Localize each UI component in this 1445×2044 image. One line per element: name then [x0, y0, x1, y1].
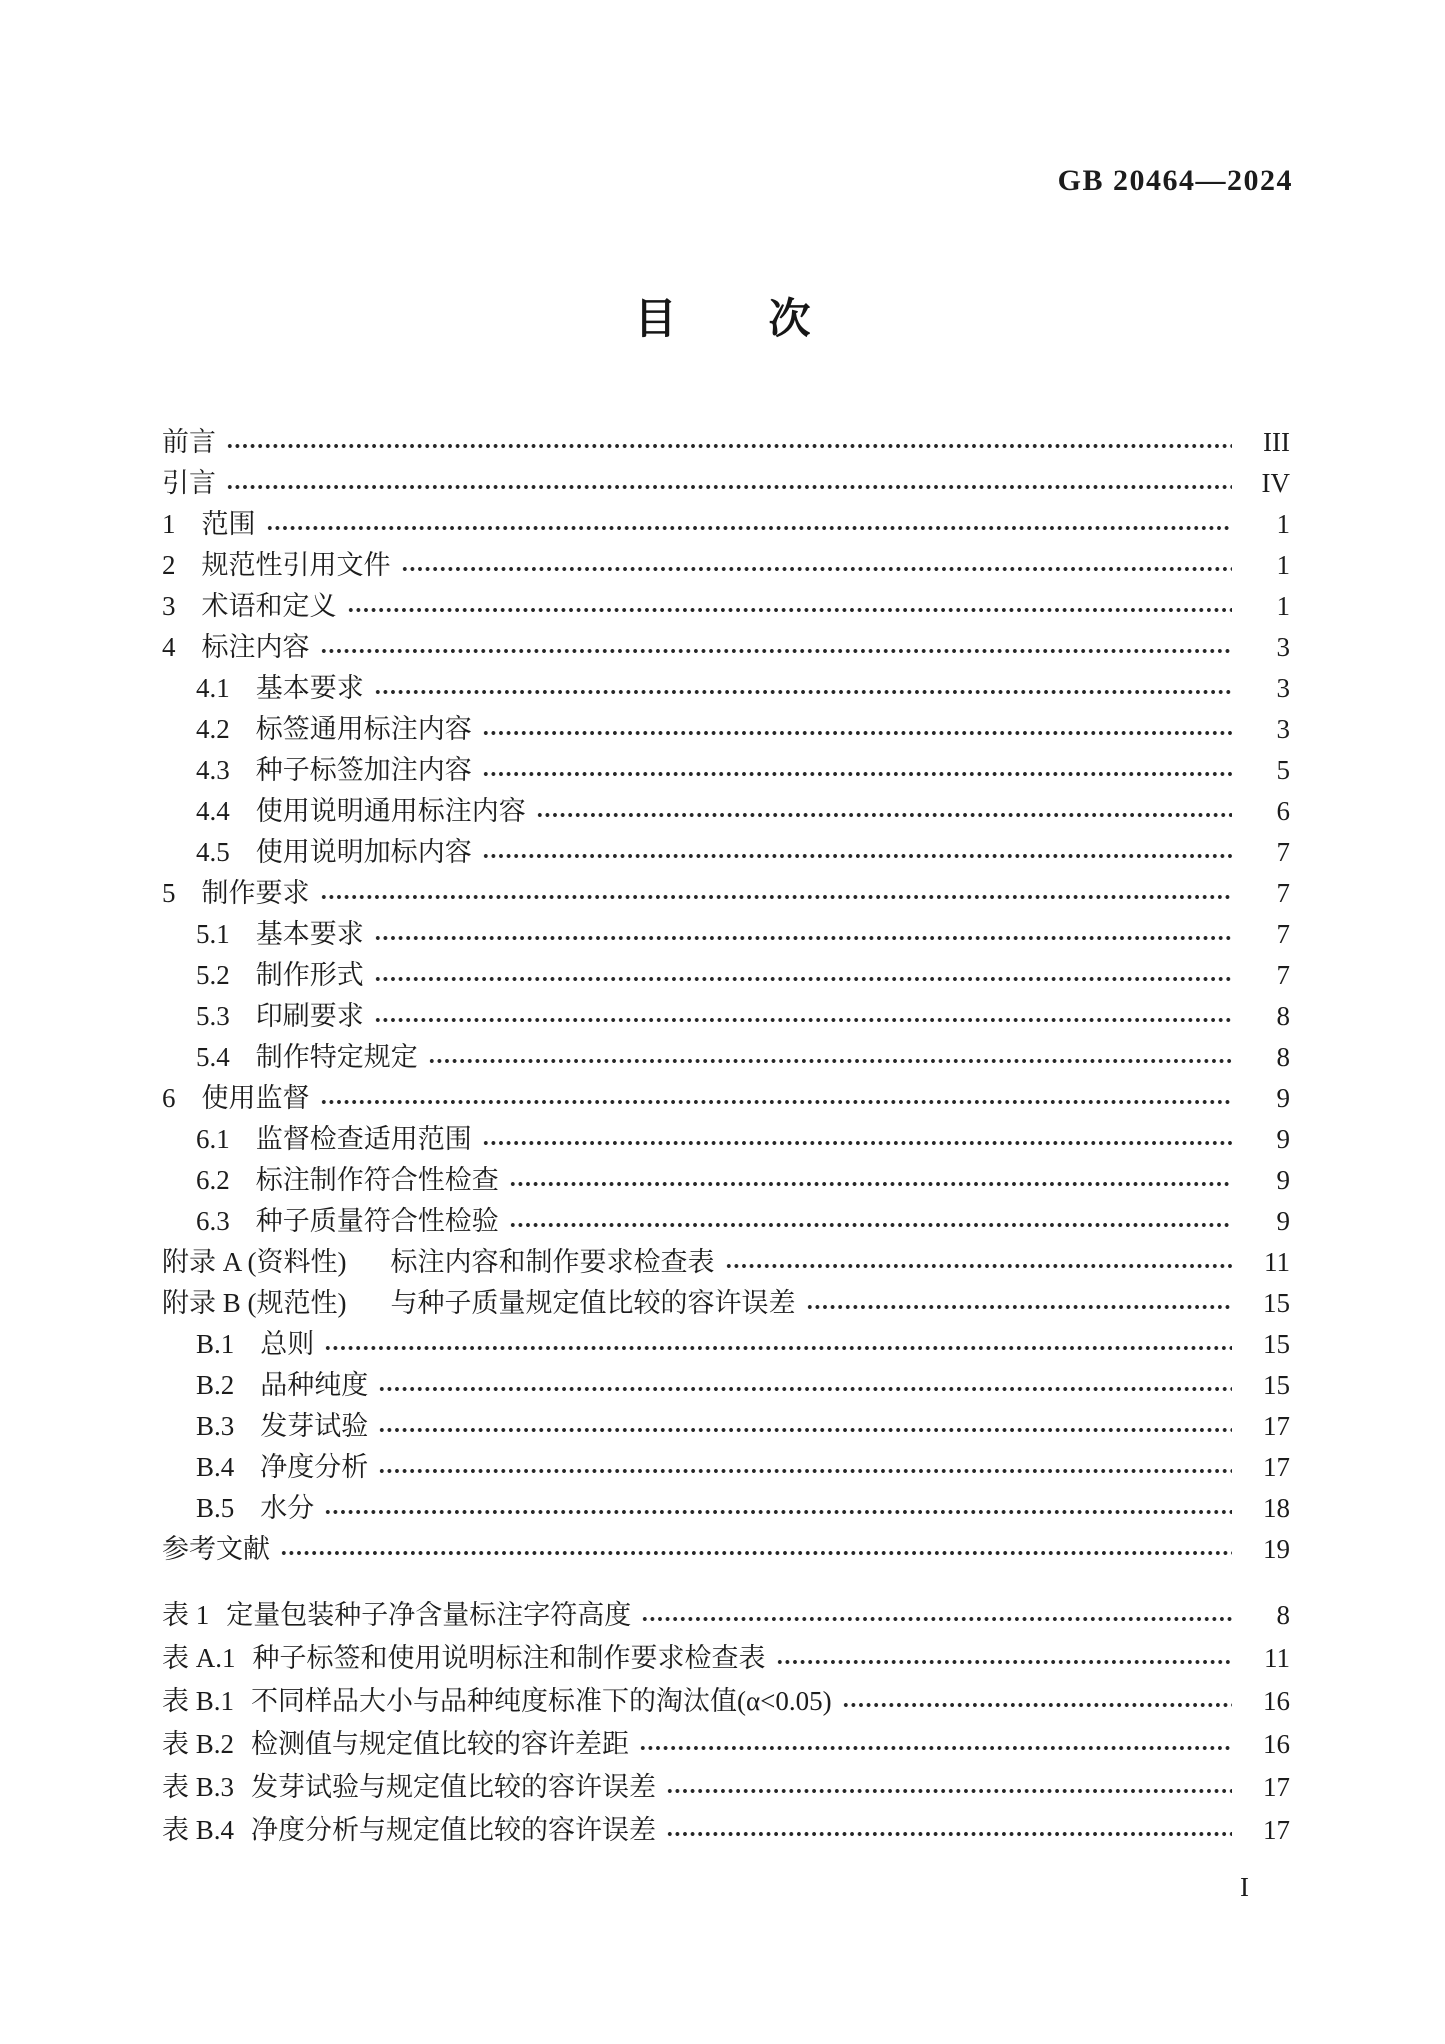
toc-entry-title: 发芽试验与规定值比较的容许误差	[251, 1774, 656, 1801]
toc-entry-page: 8	[1244, 1602, 1290, 1629]
toc-entry-title: 使用监督	[202, 1085, 310, 1112]
toc-entry-title: 使用说明加标内容	[256, 839, 472, 866]
toc-entry-page: 8	[1244, 1044, 1290, 1071]
dot-leader	[641, 1614, 1232, 1624]
toc-entry: 5.1基本要求7	[162, 914, 1290, 955]
toc-table-entry: 表 1定量包装种子净含量标注字符高度8	[162, 1594, 1290, 1637]
toc-entry: 5.2制作形式7	[162, 955, 1290, 996]
toc-entry-page: 17	[1244, 1413, 1290, 1440]
toc-entry-number: B.3	[196, 1413, 234, 1440]
dot-leader	[347, 605, 1233, 615]
document-page: GB 20464—2024 目次 前言III引言IV1范围12规范性引用文件13…	[0, 0, 1445, 2044]
toc-entry: 引言IV	[162, 463, 1290, 504]
toc-entry-page: 15	[1244, 1372, 1290, 1399]
dot-leader	[482, 769, 1232, 779]
dot-leader	[482, 728, 1232, 738]
toc-entry-page: 3	[1244, 716, 1290, 743]
toc-entry-title: 监督检查适用范围	[256, 1126, 472, 1153]
toc-entry-number: 4.5	[196, 839, 230, 866]
toc-entry: 6.1监督检查适用范围9	[162, 1119, 1290, 1160]
toc-entry: 4.5使用说明加标内容7	[162, 832, 1290, 873]
toc-entry: 5.4制作特定规定8	[162, 1037, 1290, 1078]
dot-leader	[776, 1657, 1233, 1667]
toc-entry-page: 9	[1244, 1126, 1290, 1153]
toc-entry-page: 17	[1244, 1774, 1290, 1801]
dot-leader	[324, 1343, 1232, 1353]
toc-entry-title: 净度分析	[260, 1454, 368, 1481]
toc-entry-page: 19	[1244, 1536, 1290, 1563]
toc-entry-number: 4.2	[196, 716, 230, 743]
toc-entry-number: 4	[162, 634, 176, 661]
page-title-char-2: 次	[769, 295, 811, 342]
toc-entry-title: 发芽试验	[260, 1413, 368, 1440]
dot-leader	[482, 1138, 1232, 1148]
toc-entry-title: 制作特定规定	[256, 1044, 418, 1071]
dot-leader	[536, 810, 1232, 820]
toc-entry-page: 18	[1244, 1495, 1290, 1522]
toc-entry-number: 附录 B (规范性)	[162, 1290, 347, 1317]
toc-entry-number: 5.1	[196, 921, 230, 948]
standard-number: GB 20464—2024	[1058, 164, 1293, 198]
toc-entry-page: 9	[1244, 1085, 1290, 1112]
toc-entry: 前言III	[162, 422, 1290, 463]
page-title: 目次	[0, 286, 1445, 346]
toc-entry: B.4净度分析17	[162, 1447, 1290, 1488]
toc-entry-title: 基本要求	[256, 921, 364, 948]
toc-entry-page: 5	[1244, 757, 1290, 784]
toc-entry-number: 附录 A (资料性)	[162, 1249, 347, 1276]
toc-entry-number: 3	[162, 593, 176, 620]
dot-leader	[666, 1829, 1232, 1839]
toc-entry-title: 范围	[202, 511, 256, 538]
dot-leader	[509, 1179, 1232, 1189]
toc-entry-number: 2	[162, 552, 176, 579]
toc-entry: 4标注内容3	[162, 627, 1290, 668]
toc-entry-page: 17	[1244, 1454, 1290, 1481]
toc-entry-number: 表 B.2	[162, 1731, 234, 1758]
toc-entry: 4.1基本要求3	[162, 668, 1290, 709]
toc-table-entry: 表 B.3发芽试验与规定值比较的容许误差17	[162, 1766, 1290, 1809]
toc-entry-title: 基本要求	[256, 675, 364, 702]
dot-leader	[374, 933, 1232, 943]
dot-leader	[639, 1743, 1232, 1753]
toc-entry-number: 5	[162, 880, 176, 907]
dot-leader	[401, 564, 1233, 574]
toc-entry-title: 标注内容	[202, 634, 310, 661]
toc-entry-page: 7	[1244, 921, 1290, 948]
dot-leader	[666, 1786, 1232, 1796]
toc-entry-title: 前言	[162, 429, 216, 456]
dot-leader	[725, 1261, 1233, 1271]
toc-entry: B.5水分18	[162, 1488, 1290, 1529]
toc-entry-title: 参考文献	[162, 1536, 270, 1563]
toc-entry-number: 表 A.1	[162, 1645, 236, 1672]
toc-entry-title: 检测值与规定值比较的容许差距	[251, 1731, 629, 1758]
dot-leader	[378, 1384, 1232, 1394]
toc-entry-number: B.5	[196, 1495, 234, 1522]
toc-entry-title: 品种纯度	[260, 1372, 368, 1399]
toc-entry-number: 1	[162, 511, 176, 538]
toc-entry-page: 16	[1244, 1688, 1290, 1715]
dot-leader	[324, 1507, 1232, 1517]
dot-leader	[280, 1548, 1232, 1558]
dot-leader	[374, 1015, 1232, 1025]
toc-entry-title: 定量包装种子净含量标注字符高度	[226, 1602, 631, 1629]
toc-entry-number: 5.3	[196, 1003, 230, 1030]
dot-leader	[320, 892, 1233, 902]
toc-entry-title: 种子标签加注内容	[256, 757, 472, 784]
toc-entry: 5制作要求7	[162, 873, 1290, 914]
toc-table-entry: 表 B.2检测值与规定值比较的容许差距16	[162, 1723, 1290, 1766]
toc-table-entry: 表 B.1不同样品大小与品种纯度标准下的淘汰值(α<0.05)16	[162, 1680, 1290, 1723]
toc-entry-page: 17	[1244, 1817, 1290, 1844]
toc-entry-number: 表 B.4	[162, 1817, 234, 1844]
toc-entry: 6.3种子质量符合性检验9	[162, 1201, 1290, 1242]
toc-entry-number: 5.2	[196, 962, 230, 989]
toc-entry-number: B.2	[196, 1372, 234, 1399]
toc-list: 前言III引言IV1范围12规范性引用文件13术语和定义14标注内容34.1基本…	[162, 422, 1290, 1570]
toc-entry: 附录 A (资料性)标注内容和制作要求检查表11	[162, 1242, 1290, 1283]
toc-entry: 参考文献19	[162, 1529, 1290, 1570]
toc-entry-title: 种子质量符合性检验	[256, 1208, 499, 1235]
toc-entry-number: B.4	[196, 1454, 234, 1481]
toc-entry: 附录 B (规范性)与种子质量规定值比较的容许误差15	[162, 1283, 1290, 1324]
toc-entry: B.1总则15	[162, 1324, 1290, 1365]
toc-entry-page: 16	[1244, 1731, 1290, 1758]
toc-entry-title: 标注内容和制作要求检查表	[391, 1249, 715, 1276]
toc-table-entry: 表 A.1种子标签和使用说明标注和制作要求检查表11	[162, 1637, 1290, 1680]
toc-entry-page: 9	[1244, 1208, 1290, 1235]
page-title-char-1: 目	[634, 295, 676, 342]
toc-entry-title: 规范性引用文件	[202, 552, 391, 579]
dot-leader	[320, 1097, 1233, 1107]
toc-entry: B.2品种纯度15	[162, 1365, 1290, 1406]
toc-entry: 2规范性引用文件1	[162, 545, 1290, 586]
toc-entry: 6.2标注制作符合性检查9	[162, 1160, 1290, 1201]
toc-entry-number: 6	[162, 1085, 176, 1112]
toc-entry: 1范围1	[162, 504, 1290, 545]
toc-entry-title: 制作要求	[202, 880, 310, 907]
toc-entry-number: B.1	[196, 1331, 234, 1358]
toc-entry-number: 4.1	[196, 675, 230, 702]
toc-entry-number: 表 B.1	[162, 1688, 234, 1715]
toc-entry-title: 水分	[260, 1495, 314, 1522]
toc-entry-page: 1	[1244, 511, 1290, 538]
dot-leader	[378, 1466, 1232, 1476]
toc-entry-title: 标注制作符合性检查	[256, 1167, 499, 1194]
toc-entry-page: 8	[1244, 1003, 1290, 1030]
toc-entry-number: 4.3	[196, 757, 230, 784]
toc-entry-page: 11	[1244, 1645, 1290, 1672]
toc-entry-page: 11	[1244, 1249, 1290, 1276]
dot-leader	[509, 1220, 1232, 1230]
toc-entry: 4.2标签通用标注内容3	[162, 709, 1290, 750]
toc-entry-page: 1	[1244, 552, 1290, 579]
toc-entry: 6使用监督9	[162, 1078, 1290, 1119]
dot-leader	[226, 482, 1232, 492]
dot-leader	[378, 1425, 1232, 1435]
toc-entry-title: 不同样品大小与品种纯度标准下的淘汰值(α<0.05)	[251, 1688, 832, 1715]
toc-entry-page: 7	[1244, 839, 1290, 866]
toc-entry-page: 7	[1244, 962, 1290, 989]
toc-entry-page: 3	[1244, 675, 1290, 702]
dot-leader	[374, 974, 1232, 984]
toc-entry-title: 种子标签和使用说明标注和制作要求检查表	[253, 1645, 766, 1672]
toc-entry-number: 6.2	[196, 1167, 230, 1194]
dot-leader	[374, 687, 1232, 697]
toc-table-entry: 表 B.4净度分析与规定值比较的容许误差17	[162, 1809, 1290, 1852]
dot-leader	[806, 1302, 1233, 1312]
toc-entry: 5.3印刷要求8	[162, 996, 1290, 1037]
toc-entry-page: 3	[1244, 634, 1290, 661]
toc-entry-title: 与种子质量规定值比较的容许误差	[391, 1290, 796, 1317]
dot-leader	[226, 441, 1232, 451]
toc-entry-number: 6.1	[196, 1126, 230, 1153]
toc-entry-title: 印刷要求	[256, 1003, 364, 1030]
toc-entry: B.3发芽试验17	[162, 1406, 1290, 1447]
toc-entry-page: 6	[1244, 798, 1290, 825]
toc-entry-page: 15	[1244, 1331, 1290, 1358]
toc-entry-title: 引言	[162, 470, 216, 497]
dot-leader	[320, 646, 1233, 656]
toc-entry-page: IV	[1244, 470, 1290, 497]
toc-entry-page: 1	[1244, 593, 1290, 620]
toc-entry-number: 6.3	[196, 1208, 230, 1235]
toc-entry-page: 9	[1244, 1167, 1290, 1194]
toc-entry-title: 制作形式	[256, 962, 364, 989]
toc-entry-title: 净度分析与规定值比较的容许误差	[251, 1817, 656, 1844]
toc-entry-title: 总则	[260, 1331, 314, 1358]
toc-entry-title: 术语和定义	[202, 593, 337, 620]
toc-entry-number: 5.4	[196, 1044, 230, 1071]
toc-tables-list: 表 1定量包装种子净含量标注字符高度8表 A.1种子标签和使用说明标注和制作要求…	[162, 1594, 1290, 1852]
toc-entry-page: 7	[1244, 880, 1290, 907]
toc-entry-number: 表 1	[162, 1602, 209, 1629]
toc-entry: 3术语和定义1	[162, 586, 1290, 627]
toc-entry: 4.3种子标签加注内容5	[162, 750, 1290, 791]
page-folio-number: I	[1240, 1872, 1249, 1903]
toc-entry-number: 4.4	[196, 798, 230, 825]
dot-leader	[482, 851, 1232, 861]
dot-leader	[266, 523, 1233, 533]
toc-entry-page: III	[1244, 429, 1290, 456]
dot-leader	[842, 1700, 1232, 1710]
toc-entry: 4.4使用说明通用标注内容6	[162, 791, 1290, 832]
toc-entry-title: 标签通用标注内容	[256, 716, 472, 743]
toc-entry-title: 使用说明通用标注内容	[256, 798, 526, 825]
dot-leader	[428, 1056, 1232, 1066]
toc-entry-number: 表 B.3	[162, 1774, 234, 1801]
toc-entry-page: 15	[1244, 1290, 1290, 1317]
